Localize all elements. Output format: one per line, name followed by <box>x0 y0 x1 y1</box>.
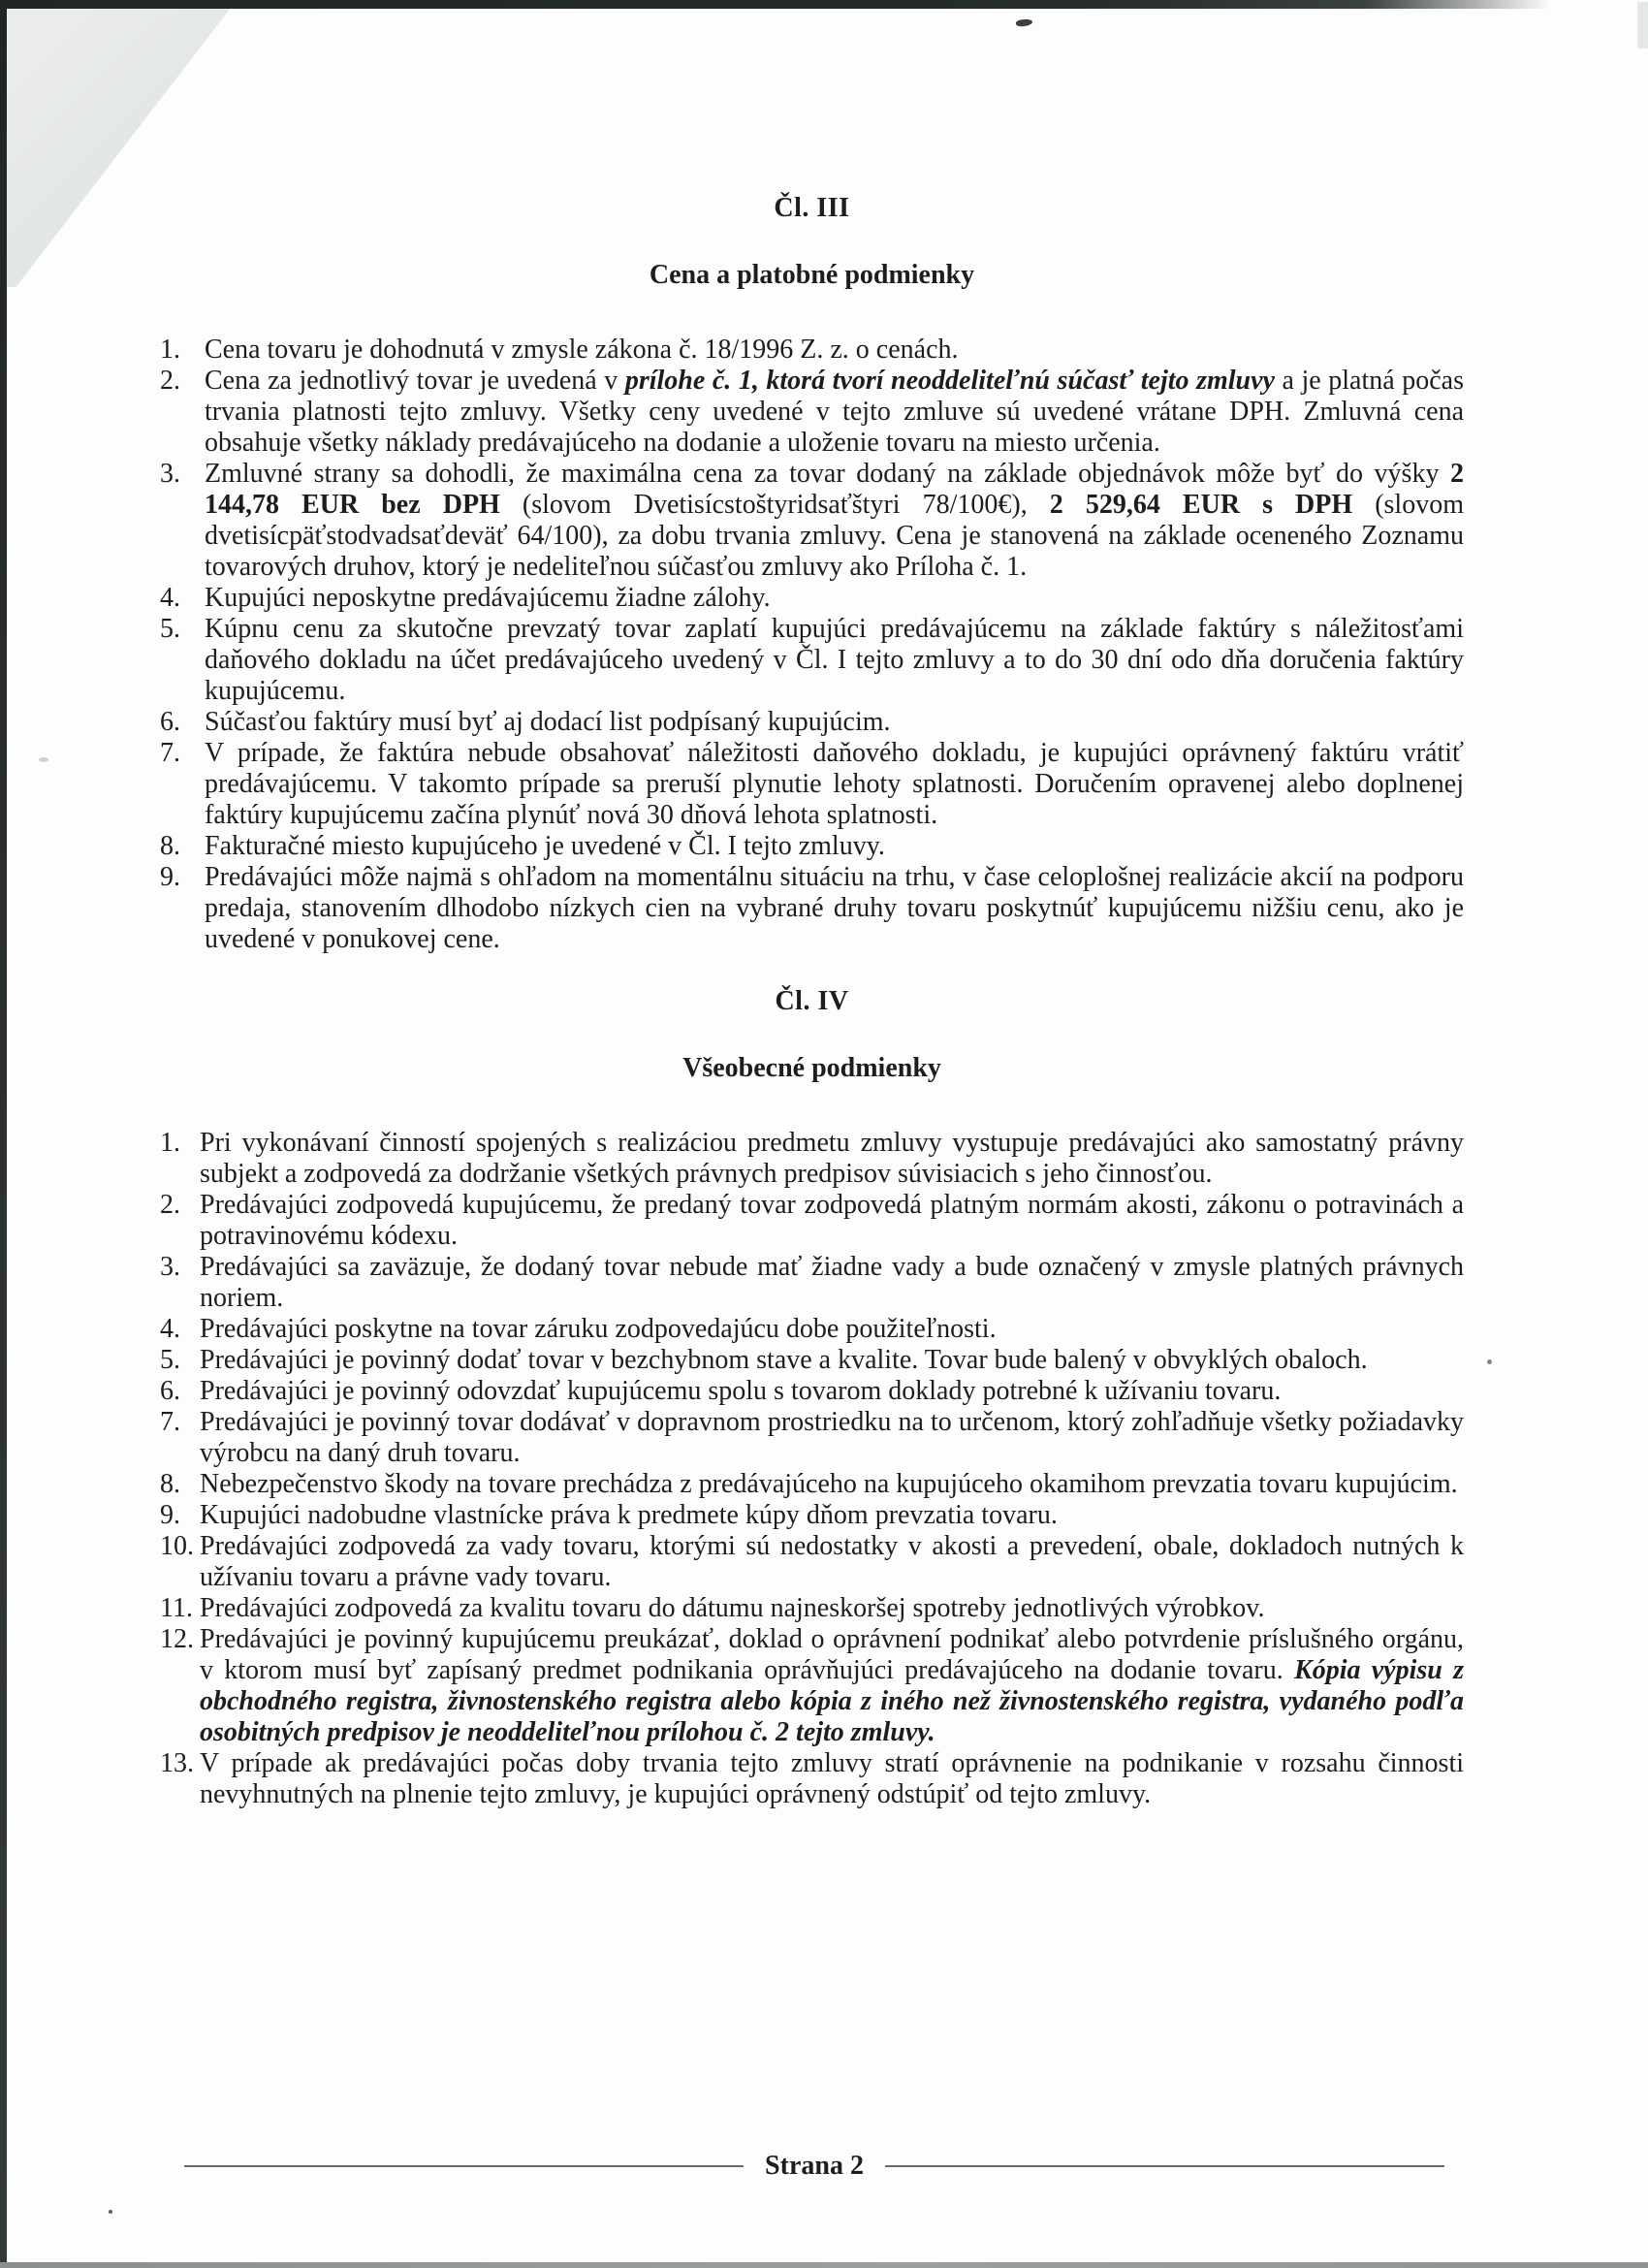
list-item-number: 8. <box>160 1469 200 1500</box>
list-item-number: 2. <box>160 366 205 459</box>
list-item: 6.Súčasťou faktúry musí byť aj dodací li… <box>160 707 1464 738</box>
scan-speck-artifact <box>1016 18 1033 27</box>
text-segment: Kúpnu cenu za skutočne prevzatý tovar za… <box>205 614 1464 706</box>
list-item-text: Predávajúci poskytne na tovar záruku zod… <box>200 1314 1464 1345</box>
list-item-number: 9. <box>160 1500 200 1531</box>
scan-speck-artifact <box>1487 1359 1492 1364</box>
text-segment: Cena za jednotlivý tovar je uvedená v <box>205 366 625 396</box>
list-item-text: Predávajúci zodpovedá za vady tovaru, kt… <box>200 1531 1464 1593</box>
list-item: 1.Cena tovaru je dohodnutá v zmysle záko… <box>160 335 1464 366</box>
list-item-text: Predávajúci zodpovedá kupujúcemu, že pre… <box>200 1190 1464 1252</box>
text-segment: Zmluvné strany sa dohodli, že maximálna … <box>205 459 1450 489</box>
list-item-number: 9. <box>160 862 205 955</box>
article-heading: Čl. III <box>160 191 1464 226</box>
article-item-list: 1.Cena tovaru je dohodnutá v zmysle záko… <box>160 335 1464 955</box>
list-item-number: 12. <box>160 1624 200 1748</box>
text-segment: V prípade, že faktúra nebude obsahovať n… <box>205 738 1464 830</box>
text-segment: Kupujúci neposkytne predávajúcemu žiadne… <box>205 583 771 613</box>
list-item-text: Pri vykonávaní činností spojených s real… <box>200 1128 1464 1190</box>
text-segment: Predávajúci poskytne na tovar záruku zod… <box>200 1314 997 1344</box>
list-item-text: Súčasťou faktúry musí byť aj dodací list… <box>205 707 1464 738</box>
list-item-text: Cena tovaru je dohodnutá v zmysle zákona… <box>205 335 1464 366</box>
list-item: 5.Predávajúci je povinný dodať tovar v b… <box>160 1345 1464 1376</box>
list-item-text: Predávajúci sa zaväzuje, že dodaný tovar… <box>200 1252 1464 1314</box>
page-number: Strana 2 <box>765 2151 864 2182</box>
list-item-number: 13. <box>160 1748 200 1810</box>
list-item-text: Predávajúci môže najmä s ohľadom na mome… <box>205 862 1464 955</box>
list-item-text: Predávajúci je povinný dodať tovar v bez… <box>200 1345 1464 1376</box>
list-item: 9.Predávajúci môže najmä s ohľadom na mo… <box>160 862 1464 955</box>
list-item-number: 3. <box>160 1252 200 1314</box>
text-segment: Predávajúci je povinný odovzdať kupujúce… <box>200 1376 1281 1406</box>
text-segment: (slovom Dvetisícstoštyridsaťštyri 78/100… <box>500 490 1050 520</box>
list-item-number: 6. <box>160 1376 200 1407</box>
list-item: 7.V prípade, že faktúra nebude obsahovať… <box>160 738 1464 831</box>
text-segment: Pri vykonávaní činností spojených s real… <box>200 1128 1464 1189</box>
text-segment: Predávajúci zodpovedá kupujúcemu, že pre… <box>200 1190 1464 1251</box>
list-item-number: 7. <box>160 738 205 831</box>
list-item-text: V prípade, že faktúra nebude obsahovať n… <box>205 738 1464 831</box>
scan-speck-artifact <box>39 757 48 762</box>
footer-rule-left <box>184 2165 744 2167</box>
list-item: 3.Predávajúci sa zaväzuje, že dodaný tov… <box>160 1252 1464 1314</box>
list-item-text: Kupujúci neposkytne predávajúcemu žiadne… <box>205 583 1464 614</box>
text-segment: V prípade ak predávajúci počas doby trva… <box>200 1748 1464 1809</box>
list-item-text: Fakturačné miesto kupujúceho je uvedené … <box>205 831 1464 862</box>
scan-edge-left <box>0 0 7 2268</box>
article-heading: Čl. IV <box>160 984 1464 1019</box>
list-item: 9.Kupujúci nadobudne vlastnícke práva k … <box>160 1500 1464 1531</box>
list-item: 7.Predávajúci je povinný tovar dodávať v… <box>160 1407 1464 1469</box>
list-item-text: Nebezpečenstvo škody na tovare prechádza… <box>200 1469 1464 1500</box>
text-segment: Predávajúci sa zaväzuje, že dodaný tovar… <box>200 1252 1464 1313</box>
list-item: 11.Predávajúci zodpovedá za kvalitu tova… <box>160 1593 1464 1624</box>
contract-article: Čl. IVVšeobecné podmienky1.Pri vykonávan… <box>160 984 1464 1810</box>
scan-edge-top <box>0 0 1551 9</box>
text-segment: Predávajúci je povinný dodať tovar v bez… <box>200 1345 1368 1375</box>
list-item-text: V prípade ak predávajúci počas doby trva… <box>200 1748 1464 1810</box>
list-item: 13.V prípade ak predávajúci počas doby t… <box>160 1748 1464 1810</box>
list-item-number: 1. <box>160 1128 200 1190</box>
list-item-number: 7. <box>160 1407 200 1469</box>
text-segment: Kupujúci nadobudne vlastnícke práva k pr… <box>200 1500 1058 1530</box>
list-item: 4.Kupujúci neposkytne predávajúcemu žiad… <box>160 583 1464 614</box>
list-item: 2.Cena za jednotlivý tovar je uvedená v … <box>160 366 1464 459</box>
text-segment: Fakturačné miesto kupujúceho je uvedené … <box>205 831 885 861</box>
article-subheading: Cena a platobné podmienky <box>160 259 1464 292</box>
text-segment: Nebezpečenstvo škody na tovare prechádza… <box>200 1469 1458 1499</box>
list-item-number: 2. <box>160 1190 200 1252</box>
footer-rule-right <box>885 2165 1444 2167</box>
text-segment: Cena tovaru je dohodnutá v zmysle zákona… <box>205 335 959 365</box>
text-segment: prílohe č. 1, ktorá tvorí neoddeliteľnú … <box>625 366 1275 396</box>
list-item: 6.Predávajúci je povinný odovzdať kupujú… <box>160 1376 1464 1407</box>
list-item: 5.Kúpnu cenu za skutočne prevzatý tovar … <box>160 614 1464 707</box>
list-item-number: 8. <box>160 831 205 862</box>
list-item-text: Predávajúci zodpovedá za kvalitu tovaru … <box>200 1593 1464 1624</box>
list-item-text: Predávajúci je povinný tovar dodávať v d… <box>200 1407 1464 1469</box>
list-item-text: Kúpnu cenu za skutočne prevzatý tovar za… <box>205 614 1464 707</box>
page-footer: Strana 2 <box>184 2151 1444 2182</box>
text-segment: Súčasťou faktúry musí byť aj dodací list… <box>205 707 891 737</box>
list-item-text: Predávajúci je povinný kupujúcemu preuká… <box>200 1624 1464 1748</box>
list-item: 8.Fakturačné miesto kupujúceho je uveden… <box>160 831 1464 862</box>
list-item-number: 5. <box>160 614 205 707</box>
list-item-text: Predávajúci je povinný odovzdať kupujúce… <box>200 1376 1464 1407</box>
scan-speck-artifact <box>109 2210 112 2214</box>
list-item-text: Zmluvné strany sa dohodli, že maximálna … <box>205 459 1464 583</box>
document-content: Čl. IIICena a platobné podmienky1.Cena t… <box>160 191 1464 1810</box>
list-item-number: 1. <box>160 335 205 366</box>
scan-edge-right <box>1637 2 1648 48</box>
list-item-text: Cena za jednotlivý tovar je uvedená v pr… <box>205 366 1464 459</box>
list-item: 3.Zmluvné strany sa dohodli, že maximáln… <box>160 459 1464 583</box>
list-item-number: 4. <box>160 583 205 614</box>
list-item: 10.Predávajúci zodpovedá za vady tovaru,… <box>160 1531 1464 1593</box>
scan-edge-bottom <box>0 2262 1648 2268</box>
text-segment: Predávajúci zodpovedá za vady tovaru, kt… <box>200 1531 1464 1592</box>
scanned-document-page: Čl. IIICena a platobné podmienky1.Cena t… <box>0 0 1648 2268</box>
list-item: 8.Nebezpečenstvo škody na tovare prechád… <box>160 1469 1464 1500</box>
list-item-number: 3. <box>160 459 205 583</box>
text-segment: Predávajúci je povinný tovar dodávať v d… <box>200 1407 1464 1468</box>
text-segment: Predávajúci môže najmä s ohľadom na mome… <box>205 862 1464 954</box>
article-subheading: Všeobecné podmienky <box>160 1052 1464 1085</box>
list-item: 12.Predávajúci je povinný kupujúcemu pre… <box>160 1624 1464 1748</box>
list-item: 1.Pri vykonávaní činností spojených s re… <box>160 1128 1464 1190</box>
text-segment: 2 529,64 EUR s DPH <box>1050 490 1352 520</box>
list-item-number: 4. <box>160 1314 200 1345</box>
list-item-text: Kupujúci nadobudne vlastnícke práva k pr… <box>200 1500 1464 1531</box>
list-item: 4.Predávajúci poskytne na tovar záruku z… <box>160 1314 1464 1345</box>
list-item-number: 11. <box>160 1593 200 1624</box>
list-item-number: 5. <box>160 1345 200 1376</box>
list-item-number: 6. <box>160 707 205 738</box>
article-item-list: 1.Pri vykonávaní činností spojených s re… <box>160 1128 1464 1810</box>
contract-article: Čl. IIICena a platobné podmienky1.Cena t… <box>160 191 1464 955</box>
list-item: 2.Predávajúci zodpovedá kupujúcemu, že p… <box>160 1190 1464 1252</box>
text-segment: Predávajúci je povinný kupujúcemu preuká… <box>200 1624 1464 1685</box>
list-item-number: 10. <box>160 1531 200 1593</box>
text-segment: Predávajúci zodpovedá za kvalitu tovaru … <box>200 1593 1264 1623</box>
